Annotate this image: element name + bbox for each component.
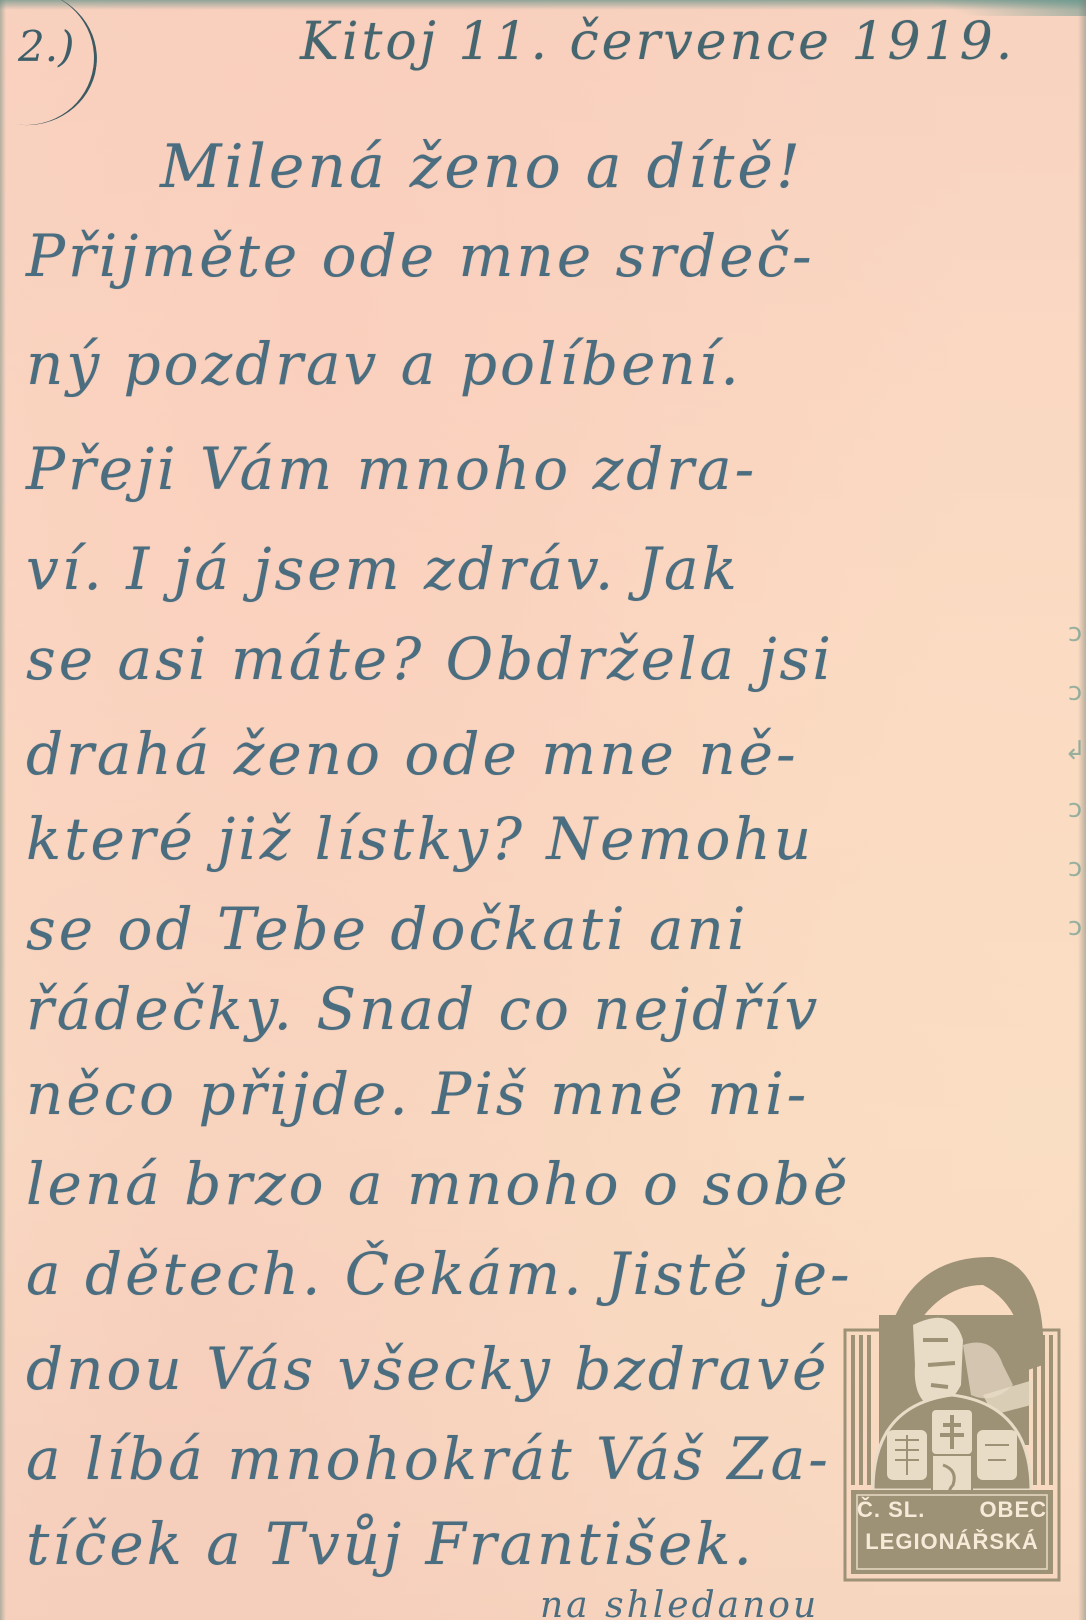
page-number-circle: 2.) — [4, 10, 114, 120]
stamp-fragment-icon: ↄ — [1068, 620, 1082, 646]
letter-line: Přijměte ode mne srdeč- — [26, 222, 815, 290]
paper-edge-top — [0, 0, 1086, 10]
stamp-fragment-icon: ↄ — [1068, 855, 1082, 881]
stamp-fragment-icon: ↲ — [1064, 738, 1086, 764]
legion-stamp: Č. SL. OBEC LEGIONÁŘSKÁ — [843, 1245, 1061, 1585]
closing-note: na shledanou — [540, 1585, 819, 1620]
stamp-label-top: Č. SL. OBEC — [851, 1497, 1053, 1523]
stamp-fragment-icon: ↄ — [1068, 914, 1082, 940]
paper-edge-left — [0, 0, 6, 1620]
letter-line: lená brzo a mnoho o sobě — [26, 1150, 851, 1218]
letter-line: tíček a Tvůj František. — [26, 1510, 755, 1578]
partial-stamp-marks: ↄ ↄ ↲ ↄ ↄ ↄ — [1066, 620, 1084, 940]
letter-line: se od Tebe dočkati ani — [26, 895, 748, 963]
dateline: Kitoj 11. července 1919. — [300, 12, 1015, 72]
letter-line: ný pozdrav a políbení. — [26, 330, 742, 398]
letter-line: dnou Vás všecky bzdravé — [26, 1335, 829, 1403]
letter-line: a dětech. Čekám. Jistě je- — [26, 1240, 853, 1308]
stamp-text-left: Č. SL. — [857, 1497, 925, 1523]
letter-line: něco přijde. Piš mně mi- — [26, 1060, 809, 1128]
stamp-fragment-icon: ↄ — [1068, 796, 1082, 822]
page-number: 2.) — [18, 22, 74, 71]
letter-line: drahá ženo ode mne ně- — [26, 720, 799, 788]
letter-line: se asi máte? Obdržela jsi — [26, 625, 834, 693]
salutation: Milená ženo a dítě! — [160, 132, 803, 202]
letter-line: řádečky. Snad co nejdřív — [26, 975, 820, 1043]
stamp-fragment-icon: ↄ — [1068, 679, 1082, 705]
letter-line: Přeji Vám mnoho zdra- — [26, 435, 757, 503]
letter-line: které již lístky? Nemohu — [26, 805, 814, 873]
postcard: ↄ ↄ ↲ ↄ ↄ ↄ 2.) Kitoj 11. července 1919.… — [0, 0, 1086, 1620]
stamp-label-bottom: LEGIONÁŘSKÁ — [851, 1529, 1053, 1555]
letter-line: a líbá mnohokrát Váš Za- — [26, 1425, 831, 1493]
letter-line: ví. I já jsem zdráv. Jak — [26, 535, 740, 603]
stamp-text-right: OBEC — [979, 1497, 1047, 1523]
